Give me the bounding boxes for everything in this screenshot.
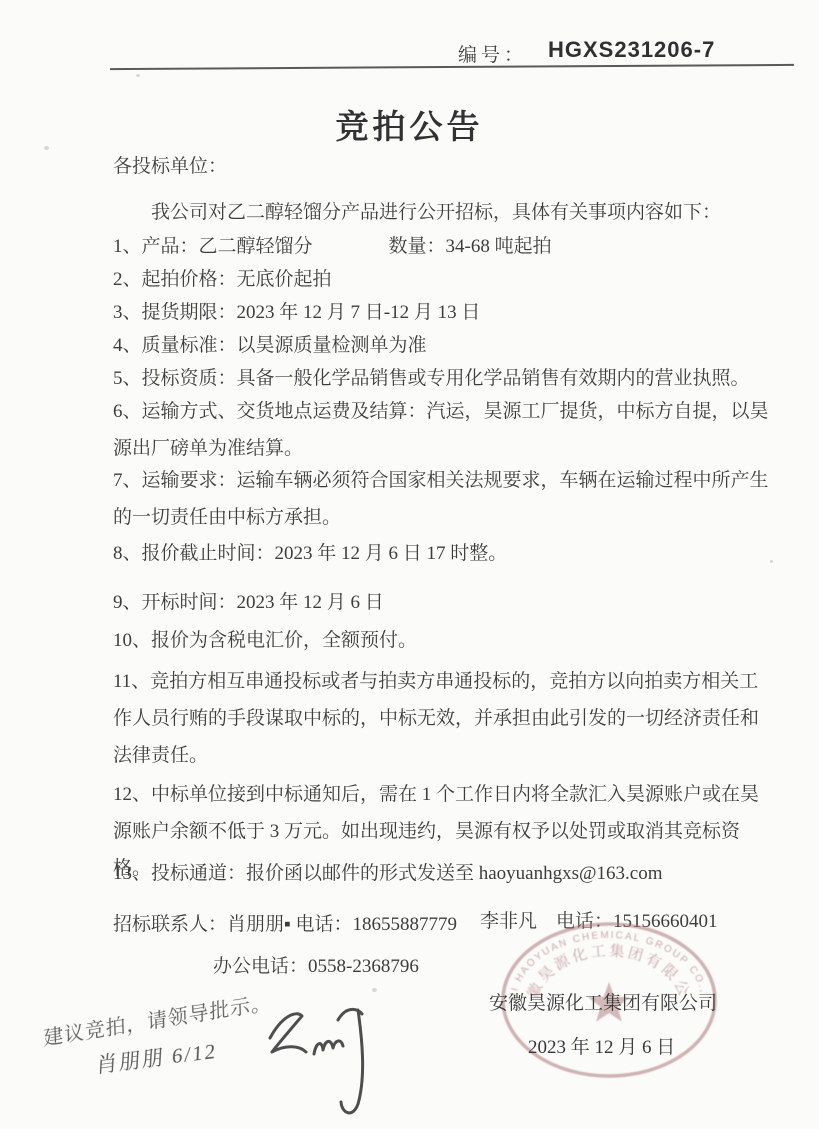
header-rule — [110, 64, 794, 70]
scan-speck — [372, 988, 377, 992]
notice-item-2: 2、起拍价格：无底价起拍 — [113, 261, 773, 298]
scan-speck — [136, 74, 140, 77]
notice-item-8: 8、报价截止时间：2023 年 12 月 6 日 17 时整。 — [113, 535, 773, 572]
doc-number: HGXS231206-7 — [548, 37, 715, 63]
notice-item-13: 13、投标通道：报价函以邮件的形式发送至 haoyuanhgxs@163.com — [113, 855, 773, 892]
office-phone: 办公电话：0558-2368796 — [213, 951, 419, 978]
page-title: 竞拍公告 — [0, 101, 819, 148]
doc-number-label: 编号： — [458, 40, 527, 67]
handwritten-signer: 肖朋朋 6/12 — [96, 1034, 218, 1079]
contact-primary: 招标联系人：肖朋朋▪ 电话：18655887779 — [113, 906, 493, 943]
scan-speck — [770, 560, 773, 563]
notice-item-9: 9、开标时间：2023 年 12 月 6 日 — [113, 584, 773, 621]
intro-paragraph: 我公司对乙二醇轻馏分产品进行公开招标，具体有关事项内容如下： — [113, 194, 773, 231]
document-page: 编号： HGXS231206-7 竞拍公告 各投标单位： 我公司对乙二醇轻馏分产… — [0, 0, 819, 1129]
company-signature: 安徽昊源化工集团有限公司 — [489, 988, 717, 1015]
notice-item-1: 1、产品：乙二醇轻馏分 数量：34-68 吨起拍 — [113, 228, 773, 265]
notice-item-7: 7、运输要求：运输车辆必须符合国家相关法规要求，车辆在运输过程中所产生的一切责任… — [113, 462, 773, 536]
scan-speck — [44, 146, 49, 150]
notice-item-4: 4、质量标准：以昊源质量检测单为准 — [113, 327, 773, 364]
notice-item-5: 5、投标资质：具备一般化学品销售或专用化学品销售有效期内的营业执照。 — [113, 360, 773, 397]
notice-item-10: 10、报价为含税电汇价，全额预付。 — [113, 622, 773, 659]
notice-item-11: 11、竞拍方相互串通投标或者与拍卖方串通投标的，竞拍方以向拍卖方相关工作人员行贿… — [113, 663, 773, 774]
approval-signature-icon — [256, 996, 374, 1124]
notice-item-6: 6、运输方式、交货地点运费及结算：汽运，昊源工厂提货，中标方自提，以昊源出厂磅单… — [113, 393, 773, 467]
salutation: 各投标单位： — [113, 148, 773, 185]
notice-item-3: 3、提货期限：2023 年 12 月 7 日-12 月 13 日 — [113, 294, 773, 331]
sign-date: 2023 年 12 月 6 日 — [528, 1032, 675, 1059]
